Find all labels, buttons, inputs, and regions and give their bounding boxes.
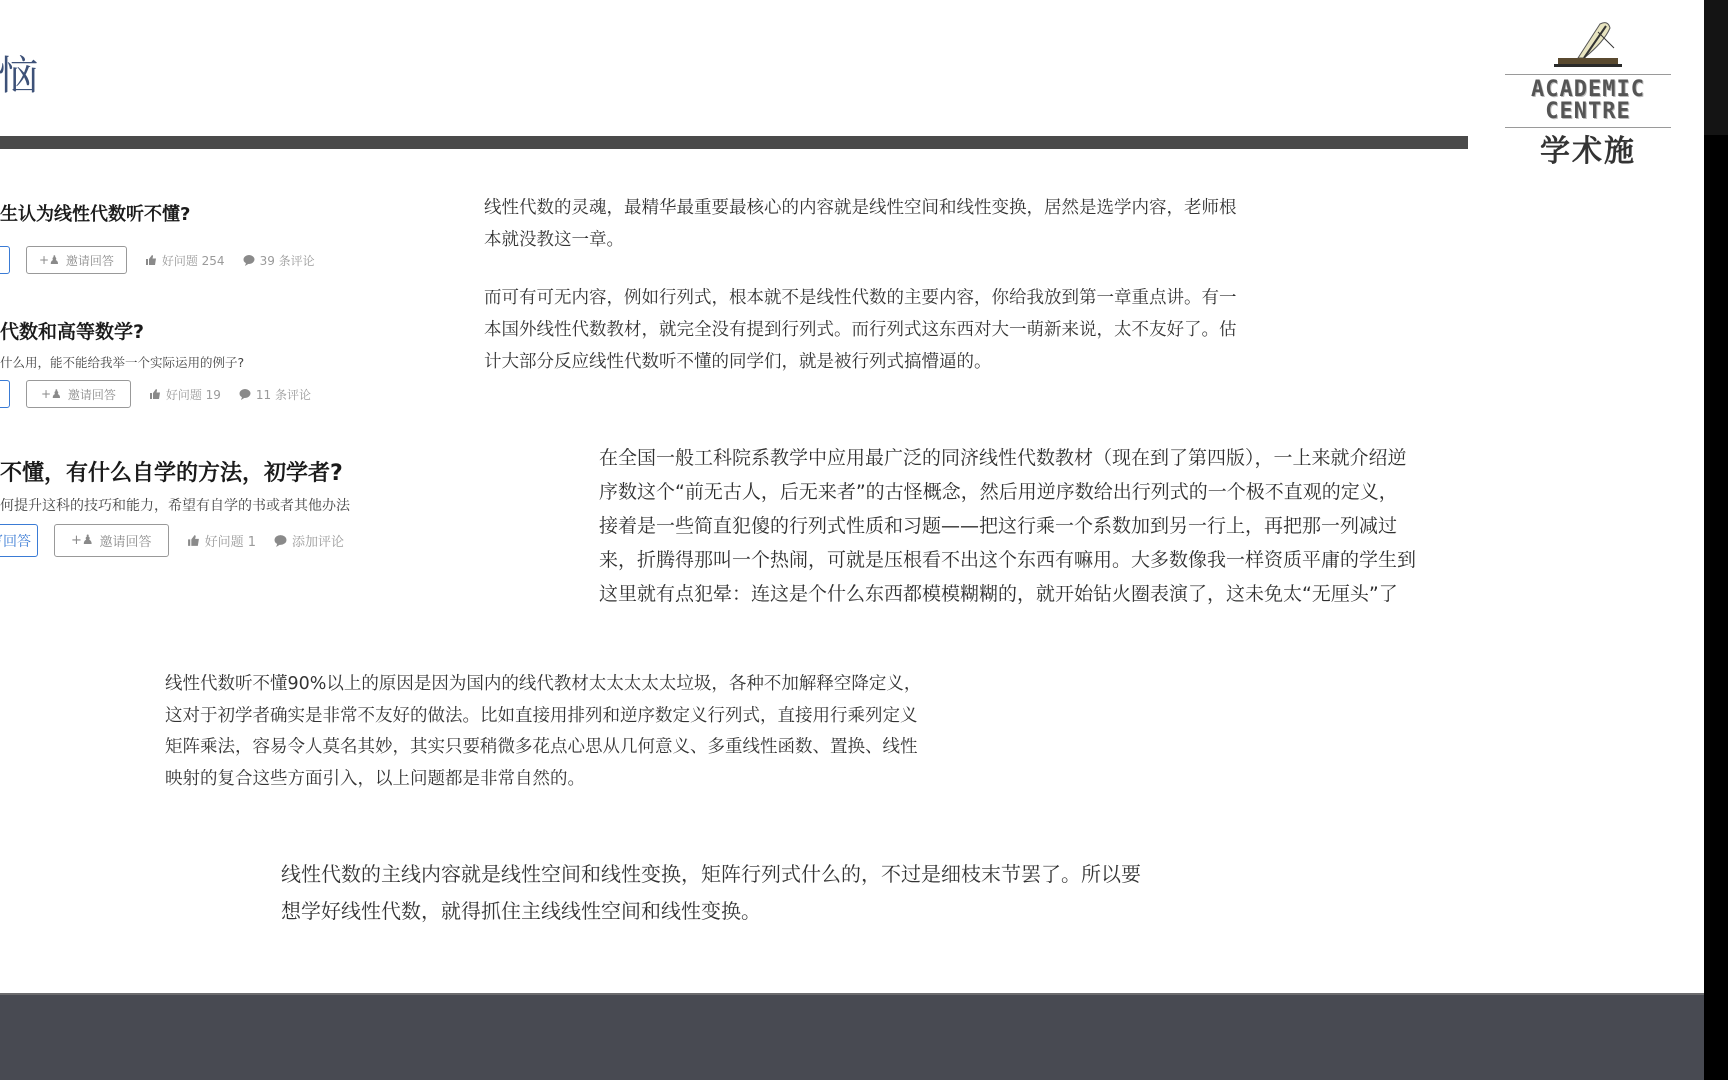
question-title[interactable]: 代数和高等数学? xyxy=(0,317,144,344)
add-user-icon: +♟ xyxy=(41,387,62,401)
slide-title: 恼 xyxy=(0,46,38,106)
add-user-icon: +♟ xyxy=(71,533,94,548)
logo-english-line2: CENTRE xyxy=(1505,101,1671,123)
thumbs-up-icon xyxy=(187,534,200,547)
logo-english-line1: ACADEMIC xyxy=(1505,79,1671,101)
quote-block-4: 线性代数的主线内容就是线性空间和线性变换，矩阵行列式什么的，不过是细枝末节罢了。… xyxy=(281,856,1321,930)
good-question-button[interactable]: 好问题 1 xyxy=(187,531,256,550)
question-title[interactable]: 生认为线性代数听不懂? xyxy=(0,200,190,226)
question-actions: 写回答 +♟ 邀请回答 好问题 1 添加评论 xyxy=(0,524,344,557)
logo-chinese: 学术施 xyxy=(1505,132,1671,172)
thumbs-up-icon xyxy=(149,388,161,400)
write-answer-button[interactable]: 写回答 xyxy=(0,246,10,274)
good-question-button[interactable]: 好问题 19 xyxy=(149,386,221,403)
quill-inkwell-icon xyxy=(1505,18,1671,70)
logo-divider xyxy=(1505,127,1671,128)
comments-button[interactable]: 11 条评论 xyxy=(239,386,311,403)
question-title[interactable]: 不懂，有什么自学的方法，初学者? xyxy=(0,456,343,487)
comments-button[interactable]: 添加评论 xyxy=(274,531,344,550)
invite-answer-button[interactable]: +♟ 邀请回答 xyxy=(54,524,169,557)
title-divider xyxy=(0,136,1468,149)
invite-answer-button[interactable]: +♟ 邀请回答 xyxy=(26,246,127,274)
quote-block-1: 线性代数的灵魂，最精华最重要最核心的内容就是线性空间和线性变换，居然是选学内容，… xyxy=(484,192,1334,378)
logo-divider xyxy=(1505,74,1671,75)
player-bottom-bar xyxy=(0,993,1704,1080)
comment-icon xyxy=(274,534,287,547)
add-user-icon: +♟ xyxy=(39,253,60,267)
question-subtitle: 什么用，能不能给我举一个实际运用的例子? xyxy=(0,353,244,371)
window-edge-top xyxy=(1704,0,1728,135)
write-answer-button[interactable]: 写回答 xyxy=(0,380,10,408)
write-answer-button[interactable]: 写回答 xyxy=(0,524,38,557)
window-edge xyxy=(1704,135,1728,1080)
comment-icon xyxy=(243,254,255,266)
invite-answer-button[interactable]: +♟ 邀请回答 xyxy=(26,380,131,408)
presentation-slide: 恼 ACADEMIC CENTRE 学术施 生认为线性代数听不懂? 写回答 +♟… xyxy=(0,0,1704,993)
question-subtitle: 何提升这科的技巧和能力，希望有自学的书或者其他办法 xyxy=(0,495,350,515)
thumbs-up-icon xyxy=(145,254,157,266)
question-actions: 写回答 +♟ 邀请回答 好问题 254 39 条评论 xyxy=(0,246,315,274)
academic-centre-logo: ACADEMIC CENTRE 学术施 xyxy=(1505,18,1671,183)
comments-button[interactable]: 39 条评论 xyxy=(243,252,315,269)
quote-block-3: 线性代数听不懂90%以上的原因是因为国内的线代教材太太太太太垃圾，各种不加解释空… xyxy=(165,669,1025,795)
good-question-button[interactable]: 好问题 254 xyxy=(145,252,225,269)
quote-block-2: 在全国一般工科院系教学中应用最广泛的同济线性代数教材（现在到了第四版），一上来就… xyxy=(599,441,1509,611)
question-actions: 写回答 +♟ 邀请回答 好问题 19 11 条评论 xyxy=(0,380,311,408)
comment-icon xyxy=(239,388,251,400)
